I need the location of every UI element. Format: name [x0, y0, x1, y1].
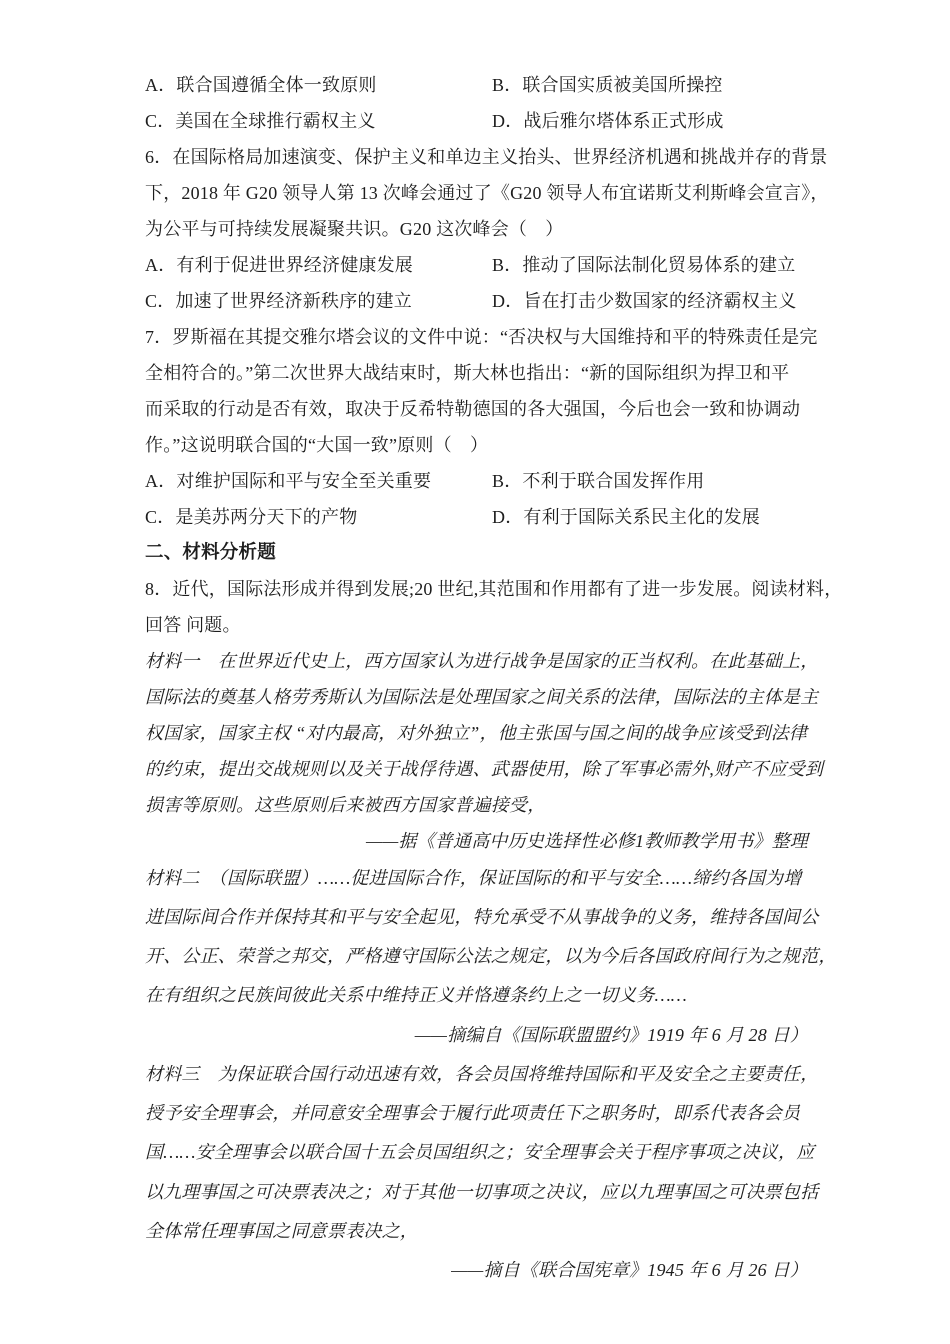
- material-1-line-3: 权国家，国家主权 “对内最高，对外独立”，他主张国与国之间的战争应该受到法律: [145, 720, 807, 746]
- material-3-line-1: 材料三 为保证联合国行动迅速有效，各会员国将维持国际和平及安全之主要责任，: [145, 1061, 818, 1087]
- material-2-line-1: 材料二 （国际联盟）……促进国际合作，保证国际的和平与安全……缔约各国为增: [145, 865, 801, 891]
- q7-option-c: C．是美苏两分天下的产物: [145, 507, 357, 527]
- material-3-source: ——摘自《联合国宪章》1945 年 6 月 26 日）: [451, 1257, 808, 1283]
- q5-option-a: A．联合国遵循全体一致原则: [145, 75, 377, 95]
- question-6-line-2: 下，2018 年 G20 领导人第 13 次峰会通过了《G20 领导人布宜诺斯艾…: [145, 180, 829, 206]
- q5-option-c: C．美国在全球推行霸权主义: [145, 111, 376, 131]
- question-7-line-4: 作。”这说明联合国的“大国一致”原则（ ）: [145, 432, 488, 458]
- material-1-line-5: 损害等原则。这些原则后来被西方国家普遍接受，: [145, 792, 545, 818]
- q7-options-row-2: C．是美苏两分天下的产物 D．有利于国际关系民主化的发展: [145, 504, 357, 530]
- q7-option-b: B．不利于联合国发挥作用: [492, 468, 704, 494]
- material-3-line-3: 国……安全理事会以联合国十五会员国组织之；安全理事会关于程序事项之决议，应: [145, 1139, 814, 1165]
- q6-option-a: A．有利于促进世界经济健康发展: [145, 255, 413, 275]
- q7-option-a: A．对维护国际和平与安全至关重要: [145, 471, 431, 491]
- material-1-line-2: 国际法的奠基人格劳秀斯认为国际法是处理国家之间关系的法律，国际法的主体是主: [145, 684, 818, 710]
- q5-options-row-2: C．美国在全球推行霸权主义 D．战后雅尔塔体系正式形成: [145, 108, 376, 134]
- q5-option-b: B．联合国实质被美国所操控: [492, 72, 723, 98]
- section-2-title: 二、材料分析题: [145, 540, 276, 566]
- question-6-line-1: 6．在国际格局加速演变、保护主义和单边主义抬头、世界经济机遇和挑战并存的背景: [145, 144, 828, 170]
- material-2-line-3: 开、公正、荣誉之邦交，严格遵守国际公法之规定，以为今后各国政府间行为之规范，: [145, 943, 837, 969]
- material-2-source: ——摘编自《国际联盟盟约》1919 年 6 月 28 日）: [415, 1022, 808, 1048]
- q6-option-b: B．推动了国际法制化贸易体系的建立: [492, 252, 795, 278]
- question-7-line-1: 7．罗斯福在其提交雅尔塔会议的文件中说：“否决权与大国维持和平的特殊责任是完: [145, 324, 818, 350]
- material-3-line-4: 以九理事国之可决票表决之；对于其他一切事项之决议，应以九理事国之可决票包括: [145, 1179, 818, 1205]
- material-3-line-5: 全体常任理事国之同意票表决之，: [145, 1218, 418, 1244]
- question-7-line-3: 而采取的行动是否有效，取决于反希特勒德国的各大强国，今后也会一致和协调动: [145, 396, 800, 422]
- material-2-line-2: 进国际间合作并保持其和平与安全起见，特允承受不从事战争的义务，维持各国间公: [145, 904, 818, 930]
- material-2-line-4: 在有组织之民族间彼此关系中维持正义并恪遵条约上之一切义务……: [145, 982, 687, 1008]
- exam-document-page: A．联合国遵循全体一致原则 B．联合国实质被美国所操控 C．美国在全球推行霸权主…: [0, 0, 950, 1344]
- question-7-line-2: 全相符合的。”第二次世界大战结束时，斯大林也指出：“新的国际组织为捍卫和平: [145, 360, 789, 386]
- q6-option-d: D．旨在打击少数国家的经济霸权主义: [492, 288, 796, 314]
- material-1-line-4: 的约束，提出交战规则以及关于战俘待遇、武器使用，除了军事必需外,财产不应受到: [145, 756, 823, 782]
- q7-options-row-1: A．对维护国际和平与安全至关重要 B．不利于联合国发挥作用: [145, 468, 431, 494]
- material-1-line-1: 材料一 在世界近代史上，西方国家认为进行战争是国家的正当权利。在此基础上，: [145, 648, 818, 674]
- question-8-line-2: 回答 问题。: [145, 612, 241, 638]
- question-8-line-1: 8．近代，国际法形成并得到发展;20 世纪,其范围和作用都有了进一步发展。阅读材…: [145, 576, 842, 602]
- q6-options-row-1: A．有利于促进世界经济健康发展 B．推动了国际法制化贸易体系的建立: [145, 252, 413, 278]
- q7-option-d: D．有利于国际关系民主化的发展: [492, 504, 760, 530]
- material-1-source: ——据《普通高中历史选择性必修1教师教学用书》整理: [366, 828, 808, 854]
- q5-option-d: D．战后雅尔塔体系正式形成: [492, 108, 724, 134]
- question-6-line-3: 为公平与可持续发展凝聚共识。G20 这次峰会（ ）: [145, 216, 564, 242]
- q5-options-row-1: A．联合国遵循全体一致原则 B．联合国实质被美国所操控: [145, 72, 377, 98]
- material-3-line-2: 授予安全理事会，并同意安全理事会于履行此项责任下之职务时，即系代表各会员: [145, 1100, 800, 1126]
- q6-options-row-2: C．加速了世界经济新秩序的建立 D．旨在打击少数国家的经济霸权主义: [145, 288, 412, 314]
- q6-option-c: C．加速了世界经济新秩序的建立: [145, 291, 412, 311]
